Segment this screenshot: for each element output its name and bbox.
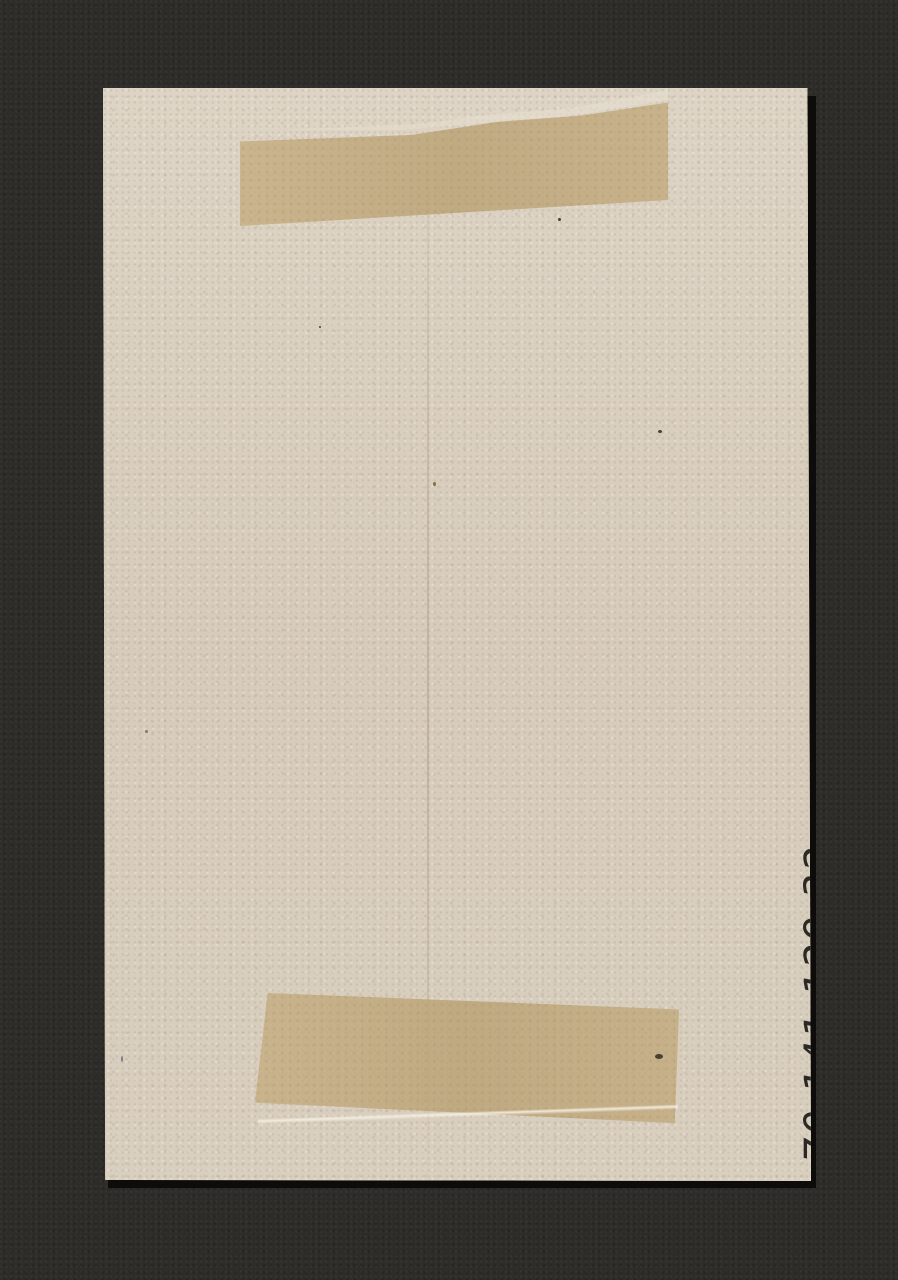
paper-speck [145,730,148,733]
paper-speck [433,482,436,486]
tape-strip-top [240,96,668,226]
paper-speck [558,218,561,221]
tape-glossy-edge [258,1101,678,1131]
paper-speck [658,430,662,433]
paper-speck [655,1054,663,1059]
paper-card-back: 70.141.129.32 [103,88,811,1181]
accession-number: 70.141.129.32 [797,844,843,1163]
paper-speck [121,1056,123,1062]
paper-speck [319,326,321,328]
